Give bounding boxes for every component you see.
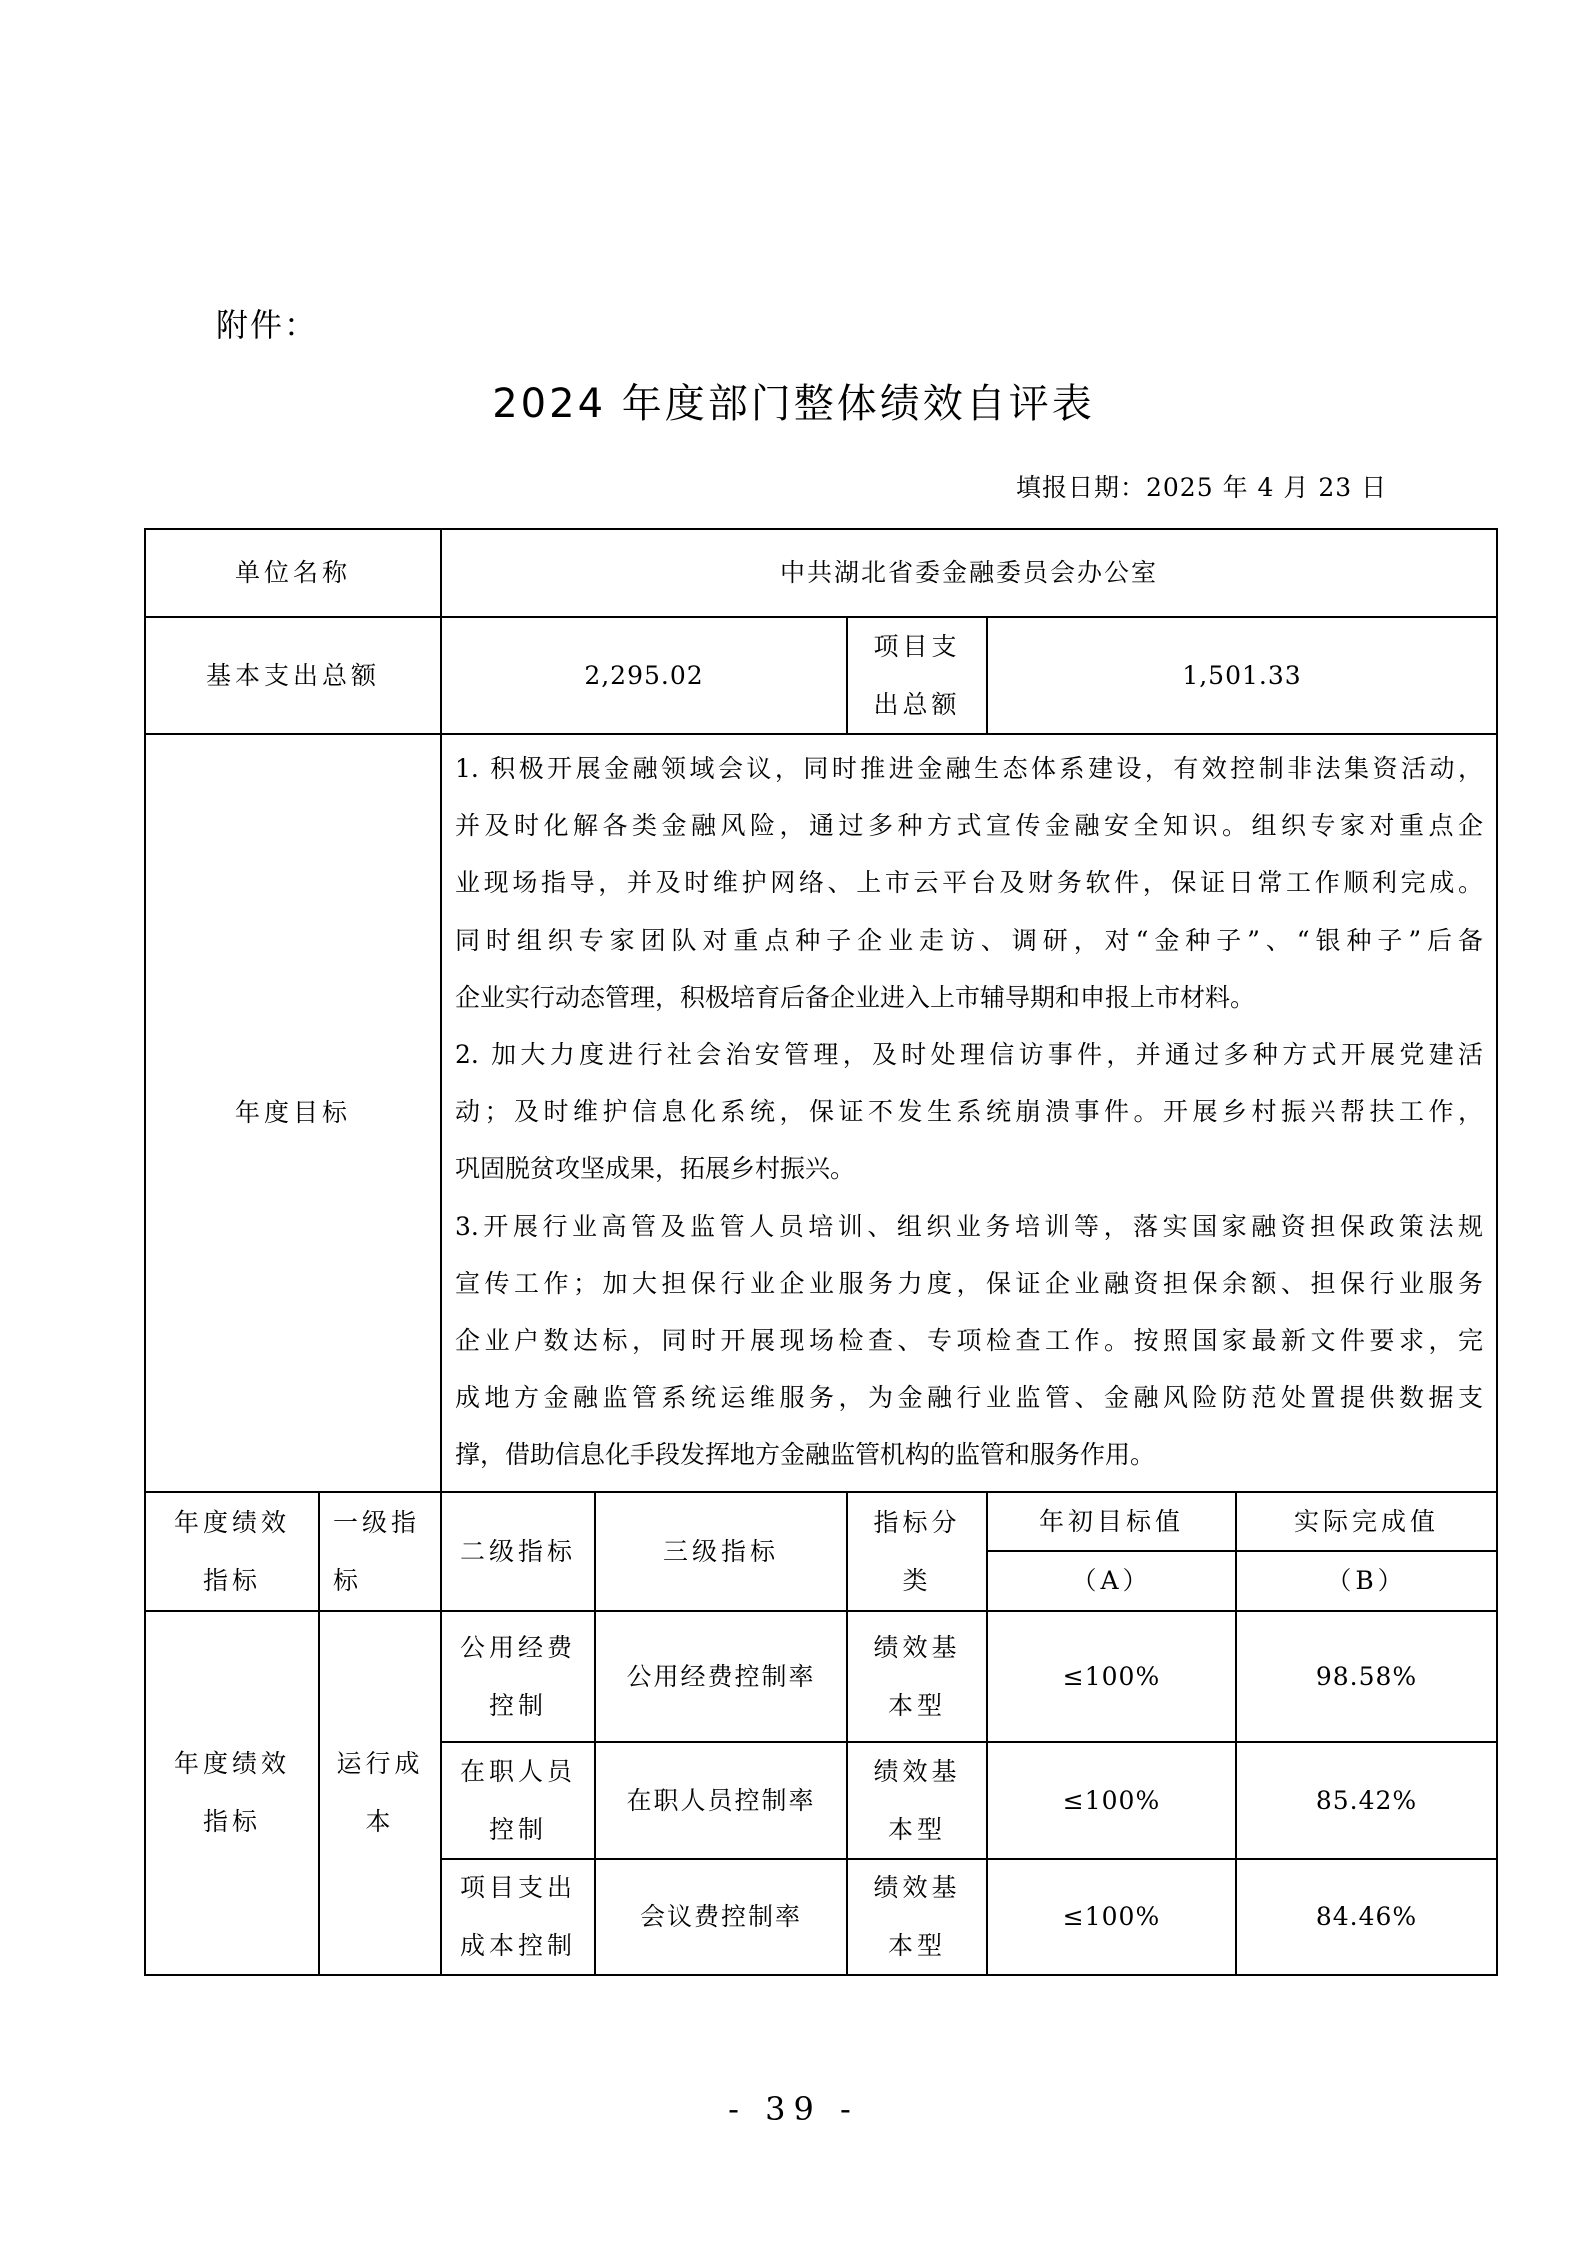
row1-level2-line1: 在职人员: [460, 1743, 576, 1801]
header-annual-indicator-line1: 年度绩效: [174, 1494, 290, 1552]
header-level1-indicator-line2: 标: [333, 1552, 362, 1610]
row2-actual: 84.46%: [1236, 1859, 1497, 1975]
goal-line: 企业户数达标，同时开展现场检查、专项检查工作。按照国家最新文件要求，完: [455, 1312, 1483, 1369]
row1-level3: 在职人员控制率: [595, 1742, 847, 1859]
basic-expenditure-label-text: 基本支出总额: [206, 647, 380, 705]
page-title: 2024 年度部门整体绩效自评表: [0, 372, 1587, 429]
group-level1-indicator-line1: 运行成: [336, 1735, 423, 1793]
row0-level3: 公用经费控制率: [595, 1611, 847, 1742]
group-level1-indicator: 运行成 本: [319, 1611, 441, 1975]
header-target-sub: （A）: [987, 1551, 1236, 1611]
row1-level2: 在职人员 控制: [441, 1742, 595, 1859]
goal-line: 成地方金融监管系统运维服务，为金融行业监管、金融风险防范处置提供数据支: [455, 1369, 1483, 1426]
goal-line: 3.开展行业高管及监管人员培训、组织业务培训等，落实国家融资担保政策法规: [455, 1198, 1483, 1255]
row1-actual-text: 85.42%: [1316, 1772, 1417, 1830]
header-actual-value-text: 实际完成值: [1294, 1493, 1439, 1551]
row2-type-line1: 绩效基: [873, 1859, 960, 1917]
row1-type: 绩效基 本型: [847, 1742, 987, 1859]
goal-line: 业现场指导，并及时维护网络、上市云平台及财务软件，保证日常工作顺利完成。: [455, 854, 1483, 911]
row2-level3-text: 会议费控制率: [640, 1888, 802, 1946]
row0-target: ≤100%: [987, 1611, 1236, 1742]
goal-line: 同时组织专家团队对重点种子企业走访、调研，对“金种子”、“银种子”后备: [455, 912, 1483, 969]
row1-type-line1: 绩效基: [873, 1743, 960, 1801]
project-expenditure-value: 1,501.33: [987, 617, 1497, 734]
header-actual-sub: （B）: [1236, 1551, 1497, 1611]
header-level1-indicator-line1: 一级指: [333, 1494, 420, 1552]
header-level2-indicator: 二级指标: [441, 1492, 595, 1611]
row2-target: ≤100%: [987, 1859, 1236, 1975]
project-expenditure-label: 项目支 出总额: [847, 617, 987, 734]
row1-target: ≤100%: [987, 1742, 1236, 1859]
group-level1-indicator-line2: 本: [365, 1793, 394, 1851]
header-level3-indicator-text: 三级指标: [663, 1523, 779, 1581]
goal-line: 动；及时维护信息化系统，保证不发生系统崩溃事件。开展乡村振兴帮扶工作，: [455, 1083, 1483, 1140]
header-indicator-type: 指标分 类: [847, 1492, 987, 1611]
row2-level3: 会议费控制率: [595, 1859, 847, 1975]
row0-type-line1: 绩效基: [873, 1619, 960, 1677]
header-target-value: 年初目标值: [987, 1492, 1236, 1551]
group-annual-indicator: 年度绩效 指标: [145, 1611, 319, 1975]
header-level2-indicator-text: 二级指标: [460, 1523, 576, 1581]
row1-level3-text: 在职人员控制率: [626, 1772, 815, 1830]
goal-line: 企业实行动态管理，积极培育后备企业进入上市辅导期和申报上市材料。: [455, 969, 1483, 1026]
header-annual-indicator: 年度绩效 指标: [145, 1492, 319, 1611]
project-expenditure-label-line1: 项目支: [873, 618, 960, 676]
goal-line: 撑，借助信息化手段发挥地方金融监管机构的监管和服务作用。: [455, 1426, 1483, 1483]
goal-line: 宣传工作；加大担保行业企业服务力度，保证企业融资担保余额、担保行业服务: [455, 1255, 1483, 1312]
project-expenditure-value-text: 1,501.33: [1182, 647, 1301, 705]
row2-level2-line2: 成本控制: [460, 1917, 576, 1975]
row1-level2-line2: 控制: [489, 1801, 547, 1859]
group-annual-indicator-line2: 指标: [203, 1793, 261, 1851]
row0-actual: 98.58%: [1236, 1611, 1497, 1742]
unit-name-value-text: 中共湖北省委金融委员会办公室: [780, 544, 1158, 602]
basic-expenditure-value-text: 2,295.02: [584, 647, 703, 705]
annual-goals-label-text: 年度目标: [235, 1084, 351, 1142]
header-level1-indicator: 一级指 标: [319, 1492, 441, 1611]
row2-type: 绩效基 本型: [847, 1859, 987, 1975]
goal-line: 1. 积极开展金融领域会议，同时推进金融生态体系建设，有效控制非法集资活动，: [455, 740, 1483, 797]
row0-level2-line1: 公用经费: [460, 1619, 576, 1677]
row1-target-text: ≤100%: [1063, 1772, 1160, 1830]
row2-level2: 项目支出 成本控制: [441, 1859, 595, 1975]
unit-name-value: 中共湖北省委金融委员会办公室: [441, 529, 1497, 617]
fill-date: 填报日期：2025 年 4 月 23 日: [1016, 468, 1387, 504]
goal-line: 并及时化解各类金融风险，通过多种方式宣传金融安全知识。组织专家对重点企: [455, 797, 1483, 854]
row0-type: 绩效基 本型: [847, 1611, 987, 1742]
header-indicator-type-line2: 类: [902, 1552, 931, 1610]
header-annual-indicator-line2: 指标: [203, 1552, 261, 1610]
row2-type-line2: 本型: [888, 1917, 946, 1975]
row2-target-text: ≤100%: [1063, 1888, 1160, 1946]
header-indicator-type-line1: 指标分: [873, 1494, 960, 1552]
attachment-label: 附件：: [216, 300, 318, 346]
header-actual-sub-text: （B）: [1326, 1552, 1406, 1610]
header-actual-value: 实际完成值: [1236, 1492, 1497, 1551]
row1-actual: 85.42%: [1236, 1742, 1497, 1859]
row0-level3-text: 公用经费控制率: [626, 1648, 815, 1706]
row2-actual-text: 84.46%: [1316, 1888, 1417, 1946]
row2-level2-line1: 项目支出: [460, 1859, 576, 1917]
unit-name-label-text: 单位名称: [235, 544, 351, 602]
header-target-sub-text: （A）: [1071, 1552, 1151, 1610]
group-annual-indicator-line1: 年度绩效: [174, 1735, 290, 1793]
header-level3-indicator: 三级指标: [595, 1492, 847, 1611]
annual-goals-label: 年度目标: [145, 734, 441, 1492]
row0-target-text: ≤100%: [1063, 1648, 1160, 1706]
page-number: - 39 -: [0, 2090, 1587, 2128]
basic-expenditure-value: 2,295.02: [441, 617, 847, 734]
row0-type-line2: 本型: [888, 1677, 946, 1735]
unit-name-label: 单位名称: [145, 529, 441, 617]
row0-actual-text: 98.58%: [1316, 1648, 1417, 1706]
row1-type-line2: 本型: [888, 1801, 946, 1859]
row0-level2: 公用经费 控制: [441, 1611, 595, 1742]
project-expenditure-label-line2: 出总额: [873, 676, 960, 734]
basic-expenditure-label: 基本支出总额: [145, 617, 441, 734]
annual-goals-content: 1. 积极开展金融领域会议，同时推进金融生态体系建设，有效控制非法集资活动， 并…: [455, 740, 1483, 1483]
goal-line: 巩固脱贫攻坚成果，拓展乡村振兴。: [455, 1140, 1483, 1197]
goal-line: 2. 加大力度进行社会治安管理，及时处理信访事件，并通过多种方式开展党建活: [455, 1026, 1483, 1083]
row0-level2-line2: 控制: [489, 1677, 547, 1735]
header-target-value-text: 年初目标值: [1039, 1493, 1184, 1551]
